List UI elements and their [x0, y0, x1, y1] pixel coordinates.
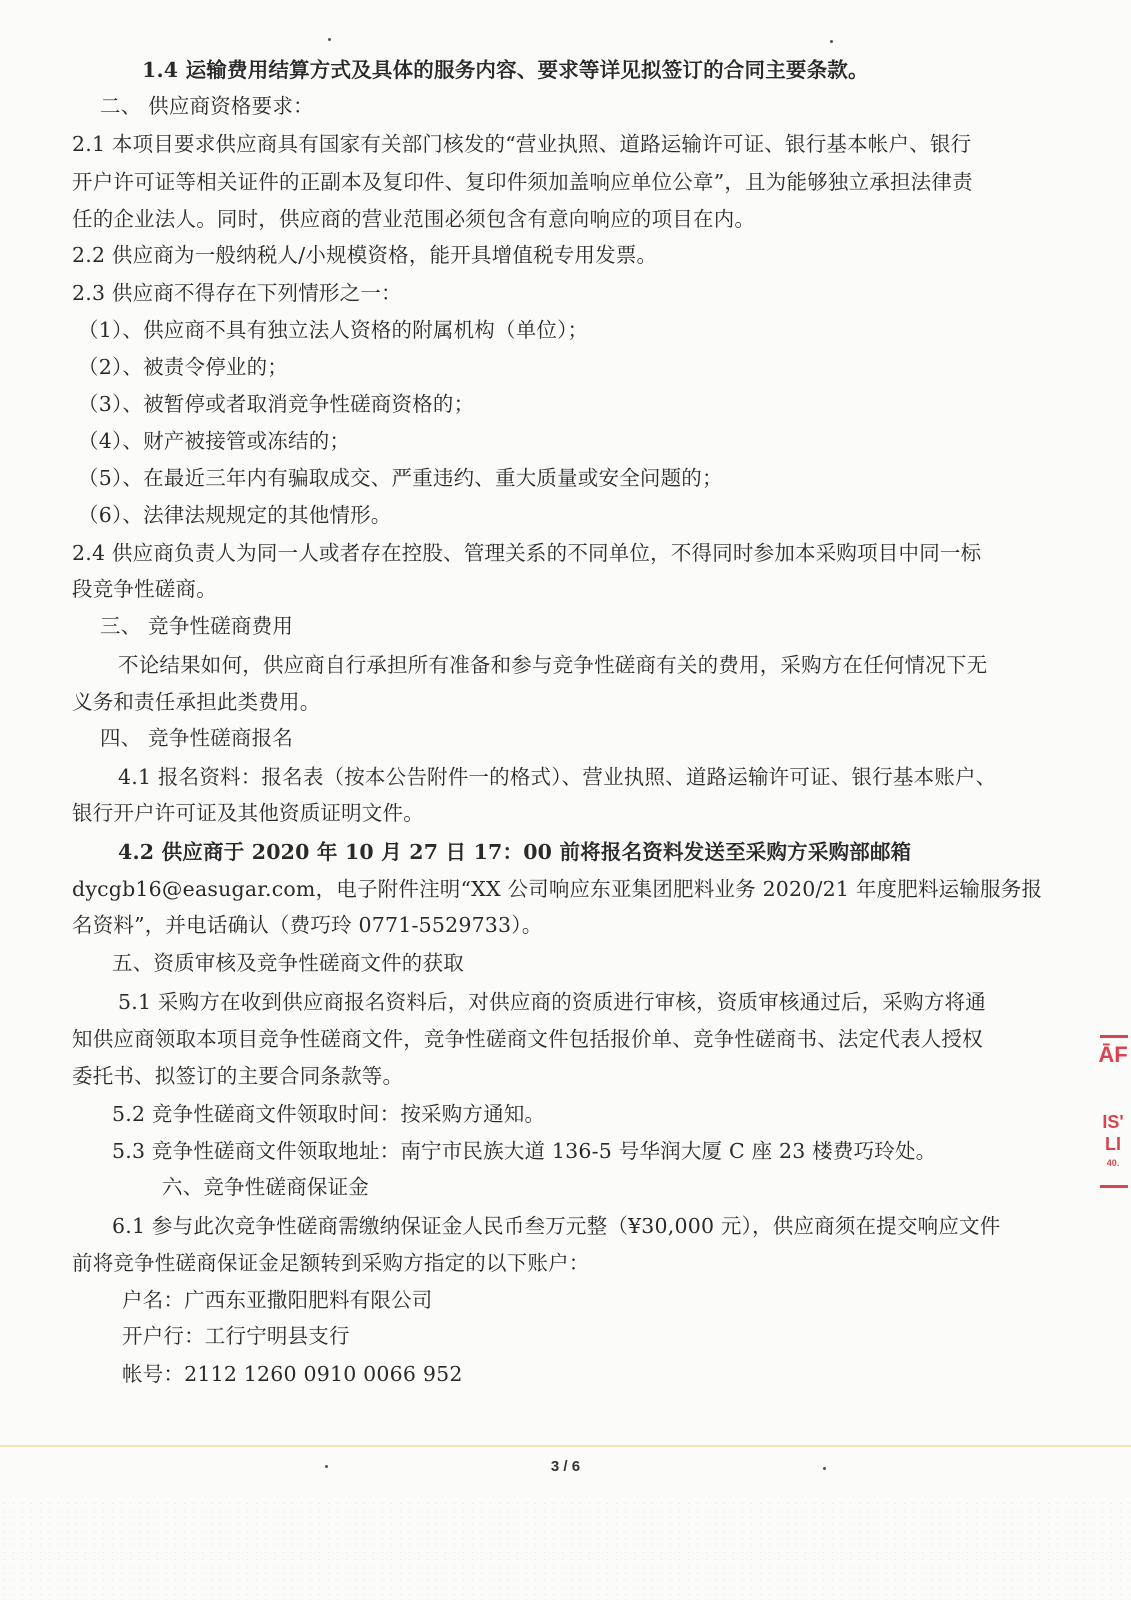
page-number: 3 / 6: [0, 1458, 1131, 1475]
doc-line-2-4-cont: 段竞争性磋商。: [72, 575, 217, 603]
section-heading-review: 五、资质审核及竞争性磋商文件的获取: [112, 949, 464, 977]
list-item-1: （1）、供应商不具有独立法人资格的附属机构（单位）；: [78, 316, 588, 344]
stamp-fragment: LI: [1098, 1134, 1128, 1154]
doc-line-4-1: 4.1 报名资料：报名表（按本公告附件一的格式）、营业执照、道路运输许可证、银行…: [118, 763, 996, 791]
account-number: 帐号：2112 1260 0910 0066 952: [122, 1360, 463, 1388]
doc-line-5-1: 5.1 采购方在收到供应商报名资料后，对供应商的资质进行审核，资质审核通过后，采…: [118, 988, 986, 1016]
doc-line-2-1: 2.1 本项目要求供应商具有国家有关部门核发的“营业执照、道路运输许可证、银行基…: [72, 130, 971, 158]
doc-line-4-2-email: dycgb16@easugar.com，电子附件注明“XX 公司响应东亚集团肥料…: [72, 875, 1042, 903]
footer-divider: [0, 1445, 1131, 1447]
doc-line-4-2: 4.2 供应商于 2020 年 10 月 27 日 17：00 前将报名资料发送…: [118, 838, 911, 866]
section-heading-registration: 四、 竞争性磋商报名: [100, 724, 293, 752]
doc-line-5-1-cont: 委托书、拟签订的主要合同条款等。: [72, 1062, 403, 1090]
scan-speck: [325, 1465, 328, 1468]
doc-line-2-4: 2.4 供应商负责人为同一人或者存在控股、管理关系的不同单位，不得同时参加本采购…: [72, 539, 981, 567]
doc-line-1-4: 1.4 运输费用结算方式及具体的服务内容、要求等详见拟签订的合同主要条款。: [142, 56, 869, 84]
doc-line-2-1-cont: 开户许可证等相关证件的正副本及复印件、复印件须加盖响应单位公章”，且为能够独立承…: [72, 168, 973, 196]
doc-line-6-1: 6.1 参与此次竞争性磋商需缴纳保证金人民币叁万元整（¥30,000 元），供应…: [112, 1212, 1000, 1240]
stamp-fragment: 40.: [1098, 1158, 1128, 1168]
section-heading-qualifications: 二、 供应商资格要求：: [100, 92, 314, 120]
doc-line-4-1-cont: 银行开户许可证及其他资质证明文件。: [72, 799, 424, 827]
doc-line-5-3: 5.3 竞争性磋商文件领取地址：南宁市民族大道 136-5 号华润大厦 C 座 …: [112, 1137, 936, 1165]
account-name: 户名：广西东亚撒阳肥料有限公司: [122, 1286, 433, 1314]
document-page: 1.4 运输费用结算方式及具体的服务内容、要求等详见拟签订的合同主要条款。 二、…: [0, 0, 1131, 1600]
doc-line-5-2: 5.2 竞争性磋商文件领取时间：按采购方通知。: [112, 1100, 545, 1128]
doc-line-5-1-cont: 知供应商领取本项目竞争性磋商文件，竞争性磋商文件包括报价单、竞争性磋商书、法定代…: [72, 1025, 983, 1053]
doc-line-2-1-cont: 任的企业法人。同时，供应商的营业范围必须包含有意向响应的项目在内。: [72, 205, 755, 233]
doc-line-fees: 不论结果如何，供应商自行承担所有准备和参与竞争性磋商有关的费用，采购方在任何情况…: [118, 651, 987, 679]
stamp-mark: [1100, 1035, 1128, 1038]
doc-line-2-3: 2.3 供应商不得存在下列情形之一：: [72, 279, 402, 307]
doc-line-2-2: 2.2 供应商为一般纳税人/小规模资格，能开具增值税专用发票。: [72, 241, 657, 269]
doc-line-4-2-cont: 名资料”，并电话确认（费巧玲 0771-5529733）。: [72, 911, 542, 939]
scan-speck: [823, 1467, 826, 1470]
list-item-6: （6）、法律法规规定的其他情形。: [78, 501, 392, 529]
stamp-fragment: ĀF: [1098, 1042, 1128, 1068]
list-item-4: （4）、财产被接管或冻结的；: [78, 427, 350, 455]
list-item-5: （5）、在最近三年内有骗取成交、严重违约、重大质量或安全问题的；: [78, 464, 723, 492]
scan-speck: [328, 38, 331, 41]
scan-speck: [830, 40, 833, 43]
stamp-mark: [1100, 1185, 1128, 1188]
section-heading-deposit: 六、竞争性磋商保证金: [162, 1173, 369, 1201]
scan-noise: [0, 1500, 1131, 1600]
section-heading-fees: 三、 竞争性磋商费用: [100, 612, 293, 640]
doc-line-fees-cont: 义务和责任承担此类费用。: [72, 688, 320, 716]
list-item-3: （3）、被暂停或者取消竞争性磋商资格的；: [78, 390, 474, 418]
stamp-fragment: IS': [1098, 1112, 1128, 1132]
account-bank: 开户行：工行宁明县支行: [122, 1322, 350, 1350]
list-item-2: （2）、被责令停业的；: [78, 353, 288, 381]
doc-line-6-1-cont: 前将竞争性磋商保证金足额转到采购方指定的以下账户：: [72, 1249, 590, 1277]
